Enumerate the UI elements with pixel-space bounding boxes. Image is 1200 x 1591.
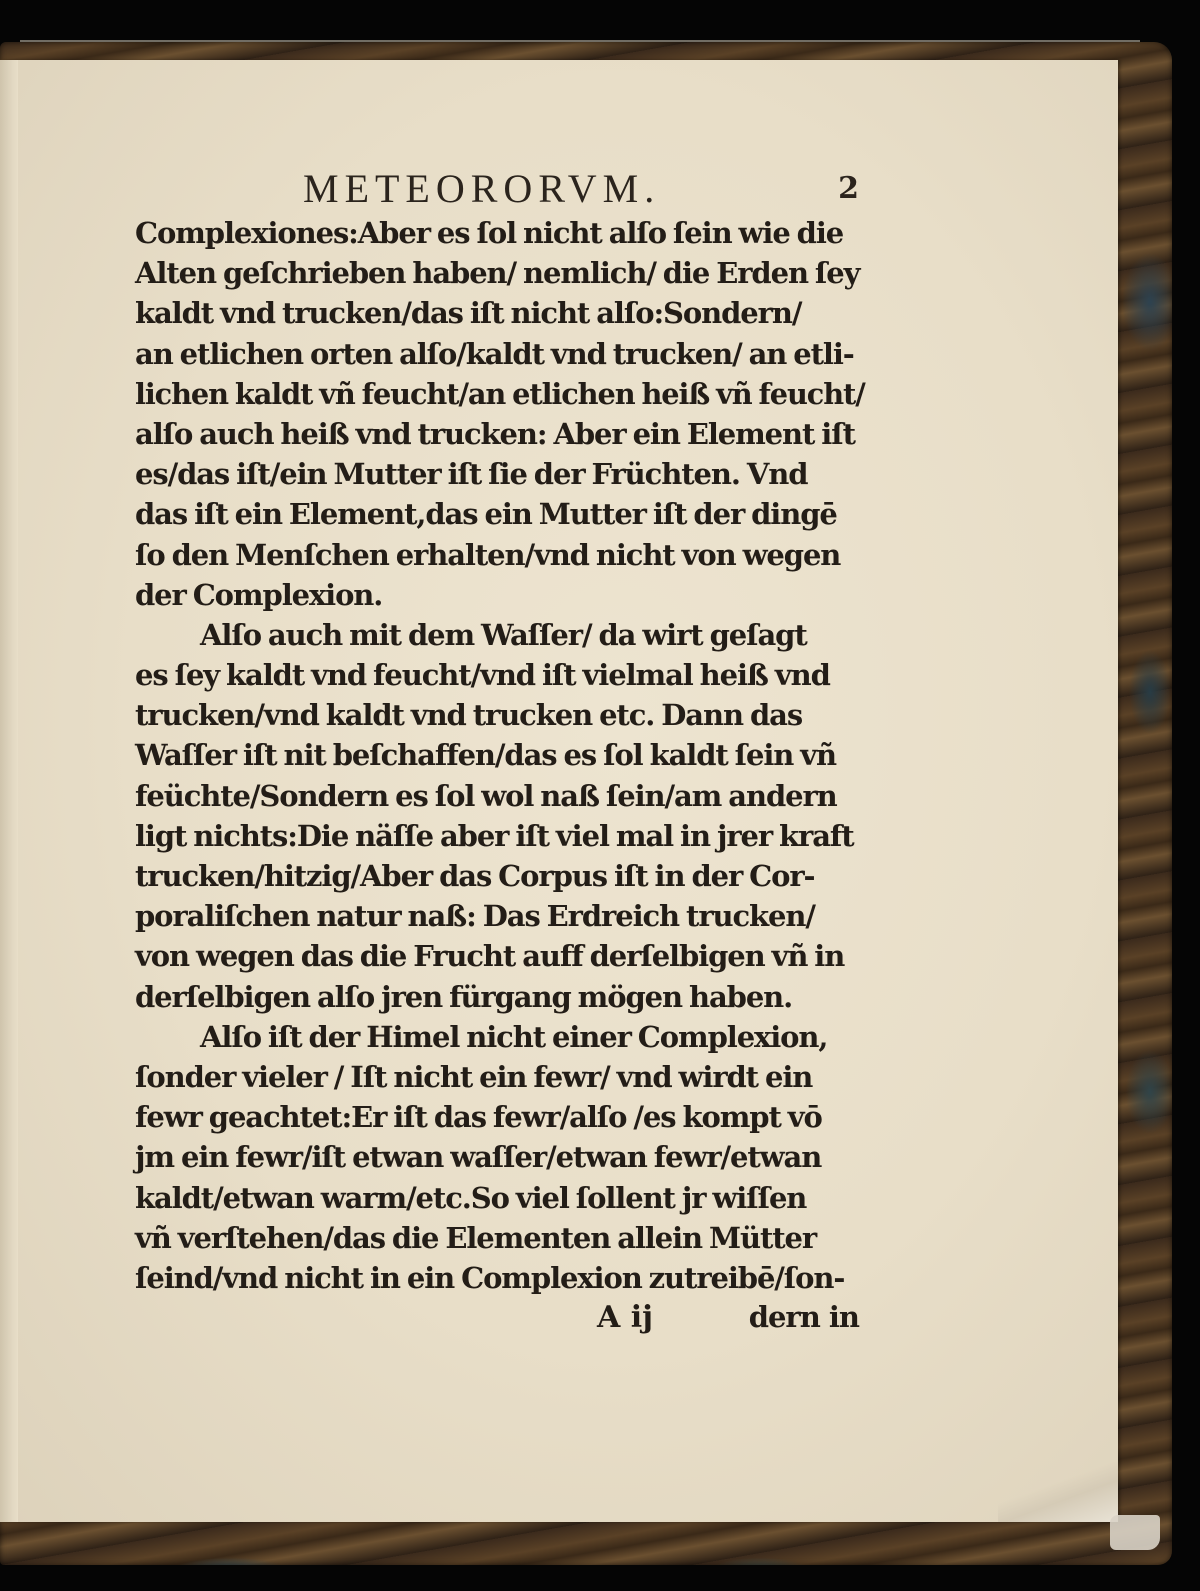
text-line: poraliſchen natur naß: Das Erdreich truc… <box>135 896 865 936</box>
text-line: jm ein fewr/iſt etwan waſſer/etwan fewr/… <box>135 1137 865 1177</box>
text-line: alſo auch heiß vnd trucken: Aber ein Ele… <box>135 414 865 454</box>
page-footer: A ij dern in <box>135 1298 865 1342</box>
text-line: kaldt/etwan warm/etc.So viel ſollent jr … <box>135 1178 865 1218</box>
text-line: Complexiones:Aber es ſol nicht alſo ſein… <box>135 213 865 253</box>
text-line: fewr geachtet:Er iſt das fewr/alſo /es k… <box>135 1097 865 1137</box>
page-gutter <box>0 60 18 1522</box>
page-number: 2 <box>838 171 859 206</box>
text-line: ſeind/vnd nicht in ein Complexion zutrei… <box>135 1258 865 1298</box>
folded-corner <box>998 1462 1118 1522</box>
text-line: derſelbigen alſo jren fürgang mögen habe… <box>135 977 865 1017</box>
signature-mark: A ij <box>597 1300 653 1335</box>
catchword: dern in <box>749 1300 859 1334</box>
text-line: trucken/hitzig/Aber das Corpus iſt in de… <box>135 856 865 896</box>
text-line: von wegen das die Frucht auff derſelbige… <box>135 936 865 976</box>
text-line: an etlichen orten alſo/kaldt vnd trucken… <box>135 334 865 374</box>
text-line: es/das iſt/ein Mutter iſt ſie der Frücht… <box>135 454 865 494</box>
text-line: vñ verſtehen/das die Elementen allein Mü… <box>135 1218 865 1258</box>
scanned-book-page: METEORORVM. 2 Complexiones:Aber es ſol n… <box>0 0 1200 1591</box>
text-line: feüchte/Sondern es ſol wol naß ſein/am a… <box>135 776 865 816</box>
paper-page: METEORORVM. 2 Complexiones:Aber es ſol n… <box>0 60 1118 1522</box>
text-line: es ſey kaldt vnd feucht/vnd iſt vielmal … <box>135 655 865 695</box>
text-block: METEORORVM. 2 Complexiones:Aber es ſol n… <box>135 165 865 1342</box>
text-line: Alten geſchrieben haben/ nemlich/ die Er… <box>135 253 865 293</box>
paragraph-start-line: Alſo auch mit dem Waſſer/ da wirt geſagt <box>135 615 865 655</box>
text-line: ſo den Menſchen erhalten/vnd nicht von w… <box>135 535 865 575</box>
text-line: lichen kaldt vñ feucht/an etlichen heiß … <box>135 374 859 414</box>
text-line: der Complexion. <box>135 575 865 615</box>
running-head: METEORORVM. 2 <box>135 165 865 213</box>
worn-cover-corner <box>1110 1515 1160 1550</box>
text-line: ſonder vieler / Iſt nicht ein fewr/ vnd … <box>135 1057 865 1097</box>
body-text: Complexiones:Aber es ſol nicht alſo ſein… <box>135 213 865 1298</box>
text-line: Waſſer iſt nit beſchaffen/das es ſol kal… <box>135 735 865 775</box>
text-line: kaldt vnd trucken/das iſt nicht alſo:Son… <box>135 293 865 333</box>
paragraph-start-line: Alſo iſt der Himel nicht einer Complexio… <box>135 1017 865 1057</box>
text-line: ligt nichts:Die näſſe aber iſt viel mal … <box>135 816 865 856</box>
text-line: trucken/vnd kaldt vnd trucken etc. Dann … <box>135 695 865 735</box>
running-title: METEORORVM. <box>303 165 660 212</box>
text-line: das iſt ein Element,das ein Mutter iſt d… <box>135 494 865 534</box>
cover-edge <box>20 40 1140 42</box>
